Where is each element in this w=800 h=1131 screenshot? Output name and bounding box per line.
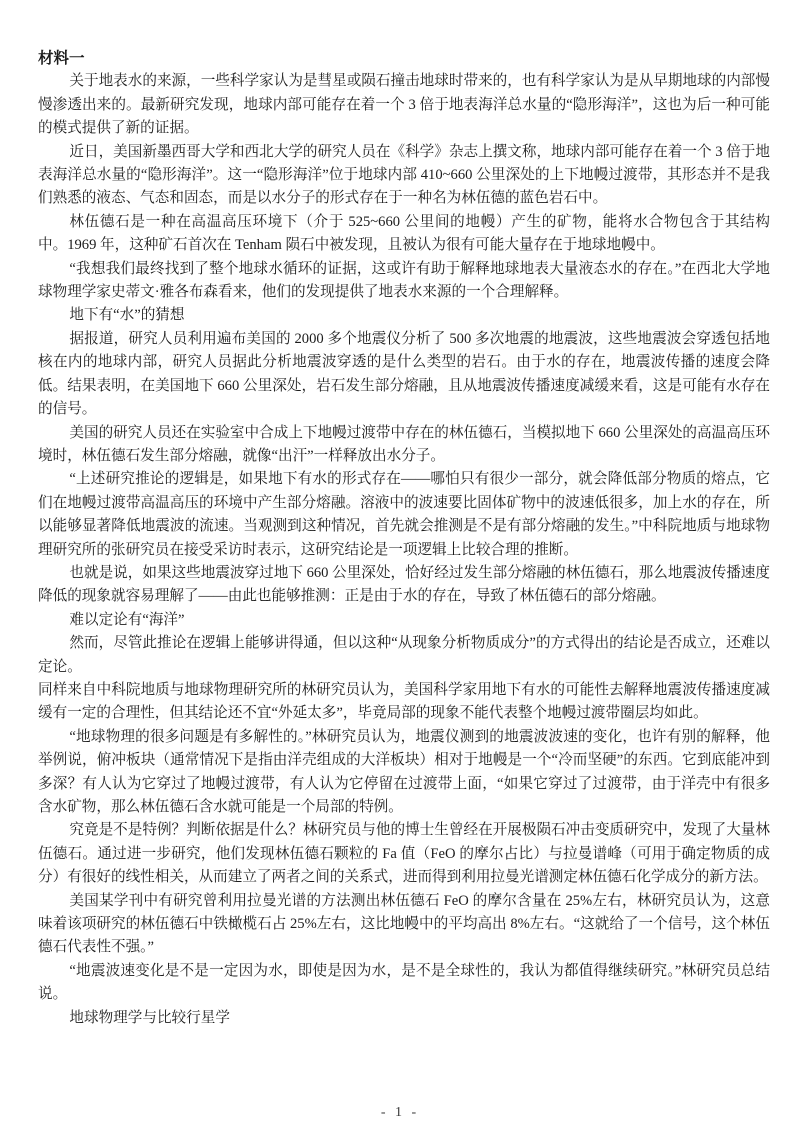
body-paragraph: 地球物理学与比较行星学: [38, 1007, 770, 1030]
body-paragraph: “地球物理的很多问题是有多解性的。”林研究员认为，地震仪测到的地震波波速的变化，…: [38, 726, 770, 820]
body-paragraph: 林伍德石是一种在高温高压环境下（介于 525~660 公里间的地幔）产生的矿物，…: [38, 211, 770, 258]
body-paragraph: 也就是说，如果这些地震波穿过地下 660 公里深处，恰好经过发生部分熔融的林伍德…: [38, 562, 770, 609]
body-paragraph: 据报道，研究人员利用遍布美国的 2000 多个地震仪分析了 500 多次地震的地…: [38, 328, 770, 422]
body-paragraph: “地震波速变化是不是一定因为水，即使是因为水，是不是全球性的，我认为都值得继续研…: [38, 960, 770, 1007]
body-paragraph: 近日，美国新墨西哥大学和西北大学的研究人员在《科学》杂志上撰文称，地球内部可能存…: [38, 141, 770, 211]
body-paragraph: 美国某学刊中有研究曾利用拉曼光谱的方法测出林伍德石 FeO 的摩尔含量在 25%…: [38, 890, 770, 960]
body-paragraph: 美国的研究人员还在实验室中合成上下地幔过渡带中存在的林伍德石，当模拟地下 660…: [38, 422, 770, 469]
section-subheading: 难以定论有“海洋”: [38, 609, 770, 632]
body-paragraph: “我想我们最终找到了整个地球水循环的证据，这或许有助于解释地球地表大量液态水的存…: [38, 258, 770, 305]
body-paragraph: 关于地表水的来源，一些科学家认为是彗星或陨石撞击地球时带来的，也有科学家认为是从…: [38, 70, 770, 140]
document-body: 材料一 关于地表水的来源，一些科学家认为是彗星或陨石撞击地球时带来的，也有科学家…: [38, 47, 770, 1030]
document-page: 材料一 关于地表水的来源，一些科学家认为是彗星或陨石撞击地球时带来的，也有科学家…: [0, 0, 800, 1131]
paragraph-container: 关于地表水的来源，一些科学家认为是彗星或陨石撞击地球时带来的，也有科学家认为是从…: [38, 70, 770, 1030]
page-number: - 1 -: [0, 1105, 800, 1121]
body-paragraph: 究竟是不是特例？判断依据是什么？林研究员与他的博士生曾经在开展极陨石冲击变质研究…: [38, 819, 770, 889]
body-paragraph: “上述研究推论的逻辑是，如果地下有水的形式存在——哪怕只有很少一部分，就会降低部…: [38, 468, 770, 562]
section-subheading: 地下有“水”的猜想: [38, 304, 770, 327]
body-paragraph: 然而，尽管此推论在逻辑上能够讲得通，但以这种“从现象分析物质成分”的方式得出的结…: [38, 632, 770, 679]
body-paragraph: 同样来自中科院地质与地球物理研究所的林研究员认为，美国科学家用地下有水的可能性去…: [38, 679, 770, 726]
material-heading: 材料一: [38, 47, 770, 70]
